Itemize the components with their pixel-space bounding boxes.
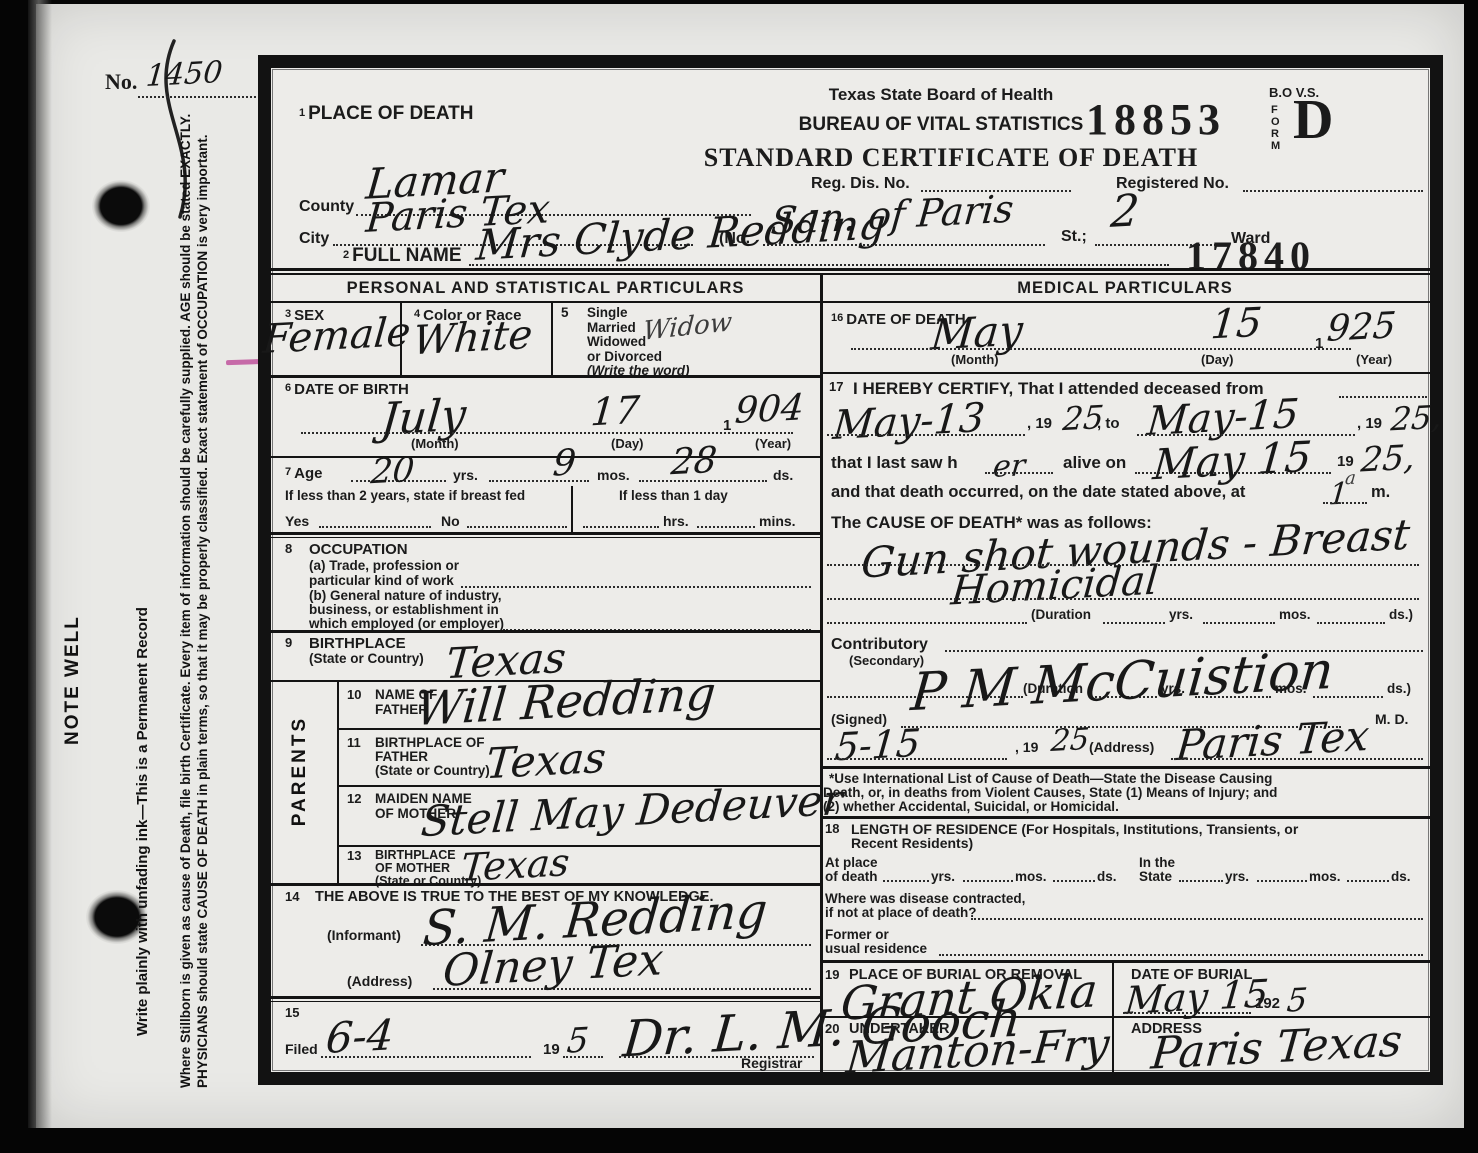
duration2-ds-label: ds.) <box>1387 682 1411 697</box>
section-rule <box>820 816 1430 819</box>
contributory-label: Contributory <box>831 636 928 653</box>
city-label: City <box>299 230 329 247</box>
form-d-letter: D <box>1293 90 1333 150</box>
residence-label-2: Recent Residents) <box>851 836 973 851</box>
section-rule <box>271 630 820 633</box>
death-occurred-label: and that death occurred, on the date sta… <box>831 484 1245 502</box>
mos-label: mos. <box>597 468 630 483</box>
scan-torn-edge <box>28 0 52 1128</box>
dotted-line <box>319 526 431 528</box>
certificate-number-stamp: 18853 <box>1086 94 1226 145</box>
section1-number: 1 <box>299 107 305 119</box>
cell-divider <box>571 486 573 532</box>
dotted-line <box>1257 880 1307 882</box>
informant-label: (Informant) <box>327 928 401 943</box>
dob-year-value: 904 <box>733 390 805 430</box>
dotted-line <box>583 526 659 528</box>
section-rule <box>271 537 820 538</box>
header-rule <box>271 268 1430 271</box>
death-time-meridiem-value: a <box>1344 470 1356 489</box>
one-day-label: If less than 1 day <box>619 489 728 504</box>
dotted-line <box>321 1056 531 1058</box>
day-caption: (Day) <box>1201 353 1234 367</box>
parents-label: PARENTS <box>289 682 311 860</box>
former-residence-label-2: usual residence <box>825 942 927 957</box>
dob-day-value: 17 <box>589 391 641 432</box>
to-year-value: 25, <box>1390 401 1444 436</box>
age-label: Age <box>294 465 322 482</box>
mother-value: Stell May Dedeuver <box>419 779 844 843</box>
mother-bp-value: Texas <box>459 843 571 887</box>
filed-year-value: 5 <box>566 1023 591 1058</box>
father-number: 10 <box>347 688 361 702</box>
county-label: County <box>299 198 354 215</box>
header-rule <box>271 273 1430 275</box>
dod-year-value: 925 <box>1325 308 1397 348</box>
file-no-value: 1450 <box>145 58 224 92</box>
dotted-line <box>827 434 1025 436</box>
yes-label: Yes <box>285 514 309 529</box>
dotted-line <box>971 918 1423 920</box>
father-bp-number: 11 <box>347 736 361 750</box>
state-ds-label: ds. <box>1391 870 1411 885</box>
occupation-label: OCCUPATION <box>309 542 408 558</box>
atplace-yrs-label: yrs. <box>931 870 955 885</box>
dotted-line <box>1171 758 1423 760</box>
dotted-line <box>1203 622 1275 624</box>
burial-year-printed: 192 <box>1255 996 1280 1012</box>
section1-label: PLACE OF DEATH <box>308 103 473 124</box>
dotted-line <box>1243 190 1423 192</box>
section-rule <box>271 375 820 378</box>
at-place-label-2: of death <box>825 870 878 885</box>
physician-signature: P M McCuistion <box>909 645 1336 719</box>
row-rule <box>337 728 820 730</box>
registrar-label: Registrar <box>741 1056 802 1071</box>
sig-address-label: (Address) <box>1089 740 1154 755</box>
to-year-printed: , 19 <box>1357 416 1382 432</box>
year-caption: (Year) <box>1356 353 1392 367</box>
medical-title: MEDICAL PARTICULARS <box>820 280 1430 298</box>
age-months-value: 9 <box>551 445 577 482</box>
stillborn-instructions: Where Stillborn is given as cause of Dea… <box>178 113 211 1088</box>
age-heading: 7Age <box>285 466 322 482</box>
dod-day-value: 15 <box>1209 303 1263 346</box>
dotted-line <box>467 526 567 528</box>
birthplace-state-label: (State or Country) <box>309 652 424 667</box>
year-caption: (Year) <box>755 437 791 451</box>
form-letter: O <box>1271 116 1280 128</box>
age-days-value: 28 <box>669 443 718 482</box>
marital-option: or Divorced <box>587 350 690 365</box>
undertaker-value: Manton-Fry <box>844 1023 1111 1081</box>
row-rule <box>820 1016 1430 1018</box>
attended-from-value: May-13 <box>831 398 986 446</box>
birthplace-label: BIRTHPLACE <box>309 636 406 652</box>
row-rule <box>337 845 820 847</box>
sig-year-printed: , 19 <box>1015 740 1038 755</box>
burial-year-value: 5 <box>1286 983 1309 1016</box>
birthplace-number: 9 <box>285 636 292 650</box>
section1-heading: 1PLACE OF DEATH <box>299 104 474 125</box>
duration-label: (Duration <box>1031 608 1091 623</box>
intl-note-line3: (2) whether Accidental, Suicidal, or Hom… <box>823 800 1119 815</box>
race-value: White <box>411 315 534 361</box>
m-label: m. <box>1371 484 1390 502</box>
occupation-a-label: (a) Trade, profession or <box>309 559 459 574</box>
file-no-label: No. <box>105 70 137 94</box>
column-divider <box>820 273 823 1072</box>
dotted-line <box>1103 622 1165 624</box>
atplace-mos-label: mos. <box>1015 870 1047 885</box>
burial-place-value: Grant Okla <box>839 967 1099 1027</box>
duration-mos-label: mos. <box>1279 608 1311 623</box>
dotted-line <box>1323 502 1367 504</box>
section-rule <box>820 372 1430 374</box>
undertaker-address-value: Paris Texas <box>1149 1019 1404 1076</box>
section-rule <box>271 1001 820 1002</box>
permanent-record-note: Write plainly with unfading ink—This is … <box>134 284 151 1036</box>
section-rule <box>271 532 820 535</box>
from-year-printed: , 19 <box>1027 416 1052 432</box>
st-label: St.; <box>1061 228 1087 245</box>
full-name-heading: 2FULL NAME <box>343 246 462 267</box>
certificate-title: STANDARD CERTIFICATE OF DEATH <box>691 144 1211 172</box>
section-rule <box>820 960 1430 963</box>
dotted-line <box>1123 1012 1251 1014</box>
father-bp-value: Texas <box>484 737 607 786</box>
dotted-line <box>697 526 755 528</box>
informant-address-label: (Address) <box>347 974 412 989</box>
filed-label: Filed <box>285 1042 318 1057</box>
occupation-a2-label: particular kind of work <box>309 574 454 589</box>
ward-number-value: 2 <box>1109 189 1141 235</box>
dotted-line <box>1339 396 1427 398</box>
dotted-line <box>1179 880 1223 882</box>
parents-divider <box>337 680 339 883</box>
note-well-label: NOTE WELL <box>62 575 84 745</box>
mother-bp-number: 13 <box>347 849 361 863</box>
section-rule <box>820 766 1430 769</box>
undertaker-number: 20 <box>825 1022 839 1036</box>
filed-date-value: 6-4 <box>324 1014 395 1060</box>
disease-contracted-label-2: if not at place of death? <box>825 906 977 921</box>
dotted-line <box>138 96 256 98</box>
section-rule <box>271 456 820 458</box>
occupation-number: 8 <box>285 542 292 556</box>
mother-number: 12 <box>347 792 361 806</box>
cause-line2-value: Homicidal <box>949 560 1159 611</box>
last-saw-label: that I last saw h <box>831 454 958 472</box>
dotted-line <box>827 598 1419 600</box>
dod-number: 16 <box>831 312 843 324</box>
yrs-label: yrs. <box>453 468 478 483</box>
registered-number-stamp: 17840 <box>1186 232 1316 279</box>
scanned-death-certificate: No. 1450 NOTE WELL Write plainly with un… <box>0 0 1478 1153</box>
burial-number: 19 <box>825 968 839 982</box>
reg-dis-label: Reg. Dis. No. <box>811 175 910 192</box>
dotted-line <box>1053 880 1095 882</box>
no-label: No <box>441 514 460 529</box>
father-bp-label-3: (State or Country) <box>375 764 490 779</box>
dotted-line <box>827 622 1027 624</box>
form-letter: R <box>1271 128 1280 140</box>
age-number: 7 <box>285 466 291 478</box>
last-saw-date-value: May 15 <box>1151 436 1313 487</box>
month-caption: (Month) <box>411 437 459 451</box>
marital-value: Widow <box>642 309 732 345</box>
atplace-ds-label: ds. <box>1097 870 1117 885</box>
section-rule <box>271 996 820 999</box>
sig-year-value: 25 <box>1050 725 1091 757</box>
dotted-line <box>563 1056 603 1058</box>
state-label: State <box>1139 870 1172 885</box>
informant-section-number: 14 <box>285 890 299 904</box>
form-vertical-label: F O R M <box>1271 104 1280 152</box>
mins-label: mins. <box>759 514 796 529</box>
month-caption: (Month) <box>951 353 999 367</box>
dob-number: 6 <box>285 382 291 394</box>
md-label: M. D. <box>1375 712 1408 727</box>
dotted-line <box>1347 880 1389 882</box>
dotted-line <box>1317 622 1385 624</box>
father-value: Will Redding <box>414 670 717 732</box>
residence-number: 18 <box>825 822 839 836</box>
full-name-label: FULL NAME <box>352 245 461 266</box>
alive-on-label: alive on <box>1063 454 1126 472</box>
to-label: , to <box>1097 416 1120 432</box>
dotted-line <box>939 954 1423 956</box>
hrs-label: hrs. <box>663 514 689 529</box>
marital-number: 5 <box>561 306 569 321</box>
form-letter: M <box>1271 140 1280 152</box>
certify-number: 17 <box>829 380 843 394</box>
personal-title: PERSONAL AND STATISTICAL PARTICULARS <box>271 280 820 298</box>
dotted-line <box>963 880 1013 882</box>
certificate-frame: 1PLACE OF DEATH Texas State Board of Hea… <box>258 55 1443 1085</box>
sex-value: Female <box>261 312 412 360</box>
saw-year-value: 25, <box>1360 440 1417 477</box>
age-years-value: 20 <box>370 453 416 489</box>
state-mos-label: mos. <box>1309 870 1341 885</box>
dotted-line <box>985 472 1053 474</box>
last-saw-pronoun-value: er <box>992 451 1027 483</box>
duration-ds-label: ds.) <box>1389 608 1413 623</box>
filed-year-printed: 19 <box>543 1042 560 1058</box>
state-yrs-label: yrs. <box>1225 870 1249 885</box>
day-caption: (Day) <box>611 437 644 451</box>
dotted-line <box>827 758 1007 760</box>
dotted-line <box>461 586 811 588</box>
filed-section-number: 15 <box>285 1006 299 1020</box>
dotted-line <box>883 880 929 882</box>
form-letter: F <box>1271 104 1280 116</box>
dotted-line <box>851 348 1351 350</box>
breast-fed-label: If less than 2 years, state if breast fe… <box>285 489 525 504</box>
dotted-line <box>301 432 793 434</box>
section2-number: 2 <box>343 249 349 261</box>
ds-label: ds. <box>773 468 793 483</box>
informant-address-value: Olney Tex <box>441 938 665 994</box>
duration-yrs-label: yrs. <box>1169 608 1193 623</box>
cell-divider <box>551 301 553 375</box>
